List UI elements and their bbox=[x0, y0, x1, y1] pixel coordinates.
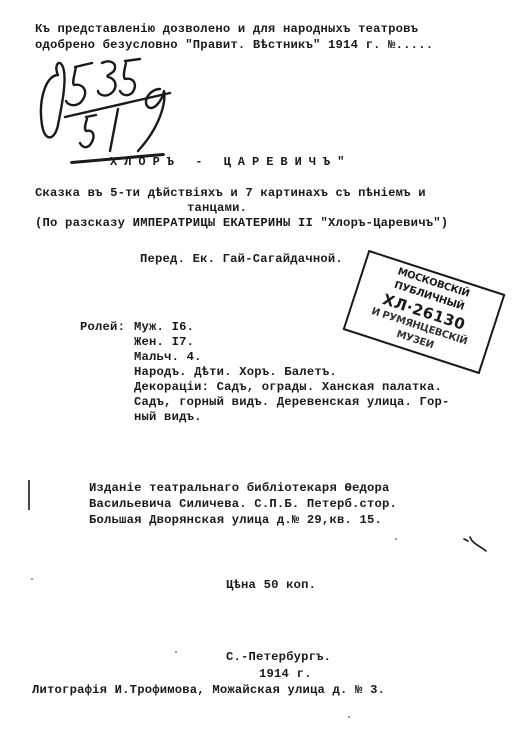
speck bbox=[348, 716, 350, 718]
roles-label: Ролей: bbox=[80, 320, 125, 334]
speck bbox=[31, 578, 33, 580]
publisher-line-3: Большая Дворянская улица д.№ 29,кв. 15. bbox=[89, 513, 382, 527]
publication-city: С.-Петербургъ. bbox=[226, 650, 331, 664]
price: Цѣна 50 коп. bbox=[226, 578, 316, 592]
speck bbox=[395, 538, 397, 540]
play-title: ХЛОРЪ - ЦАРЕВИЧЪ" bbox=[110, 155, 351, 169]
publisher-line-1: Изданіе театральнаго библіотекаря Ѳедора bbox=[89, 481, 390, 495]
roles-line: Народъ. Дѣти. Хоръ. Балетъ. bbox=[134, 365, 337, 379]
censorship-note-line-1: Къ представленію дозволено и для народны… bbox=[35, 22, 418, 36]
roles-line: Мальч. 4. bbox=[134, 350, 202, 364]
publication-year: 1914 г. bbox=[259, 667, 312, 681]
subtitle-line-1: Сказка въ 5-ти дѣйствіяхъ и 7 картинахъ … bbox=[35, 186, 426, 200]
subtitle-line-2: танцами. bbox=[187, 201, 247, 215]
roles-line: Декораціи: Садъ, ограды. Ханская палатка… bbox=[134, 380, 442, 394]
subtitle-line-3: (По разсказу ИМПЕРАТРИЦЫ ЕКАТЕРИНЫ II "Х… bbox=[35, 216, 448, 230]
pen-mark bbox=[460, 535, 490, 555]
printer-credit: Литографія И.Трофимова, Можайская улица … bbox=[32, 683, 385, 697]
translator-credit: Перед. Ек. Гай-Сагайдачной. bbox=[140, 252, 343, 266]
roles-line: Муж. I6. bbox=[134, 320, 194, 334]
library-stamp: МОСКОВСКІЙ ПУБЛИЧНЫЙ ХЛ·26130 И РУМЯНЦЕВ… bbox=[343, 250, 506, 374]
roles-line: ный видъ. bbox=[134, 410, 202, 424]
margin-mark bbox=[28, 480, 30, 510]
publisher-line-2: Васильевича Силичева. С.П.Б. Петерб.стор… bbox=[89, 497, 397, 511]
censorship-note-line-2: одобрено безусловно "Правит. Вѣстникъ" 1… bbox=[35, 38, 433, 52]
handwritten-annotation bbox=[30, 55, 200, 155]
speck bbox=[175, 651, 177, 653]
roles-line: Садъ, горный видъ. Деревенская улица. Го… bbox=[134, 395, 450, 409]
roles-line: Жен. I7. bbox=[134, 335, 194, 349]
